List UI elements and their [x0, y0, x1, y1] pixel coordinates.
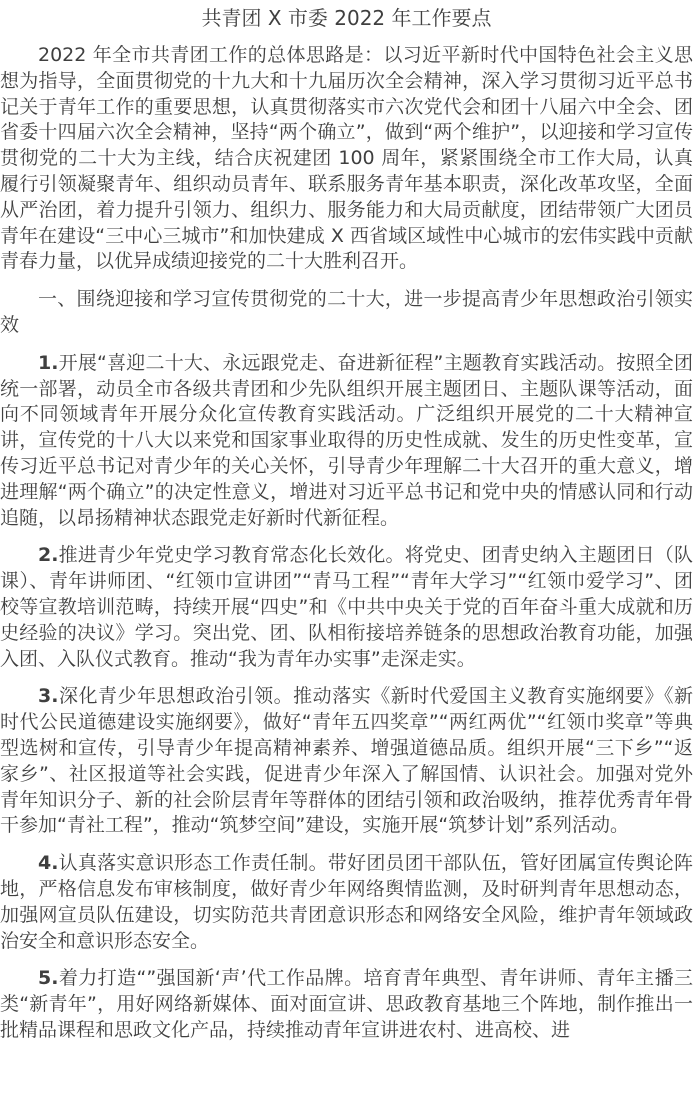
section-heading: 一、围绕迎接和学习宣传贯彻党的二十大，进一步提高青少年思想政治引领实效 [0, 287, 693, 339]
item-number: 4. [38, 852, 58, 874]
item-text: 开展“喜迎二十大、永远跟党走、奋进新征程”主题教育实践活动。按照全团统一部署，动… [0, 352, 693, 529]
item-number: 1. [38, 352, 58, 374]
item-number: 3. [38, 685, 58, 707]
work-item-3: 3.深化青少年思想政治引领。推动落实《新时代爱国主义教育实施纲要》《新时代公民道… [0, 684, 693, 839]
work-item-1: 1.开展“喜迎二十大、永远跟党走、奋进新征程”主题教育实践活动。按照全团统一部署… [0, 351, 693, 532]
item-text: 认真落实意识形态工作责任制。带好团员团干部队伍，管好团属宣传舆论阵地，严格信息发… [0, 852, 693, 951]
document-page: 共青团 X 市委 2022 年工作要点 2022 年全市共青团工作的总体思路是：… [0, 5, 693, 1044]
item-text: 深化青少年思想政治引领。推动落实《新时代爱国主义教育实施纲要》《新时代公民道德建… [0, 685, 693, 836]
item-text: 推进青少年党史学习教育常态化长效化。将党史、团青史纳入主题团日（队课）、青年讲师… [0, 544, 693, 669]
item-text: 着力打造“”强国新‘声’代工作品牌。培育青年典型、青年讲师、青年主播三类“新青年… [0, 967, 693, 1041]
intro-paragraph: 2022 年全市共青团工作的总体思路是：以习近平新时代中国特色社会主义思想为指导… [0, 43, 693, 275]
work-item-4: 4.认真落实意识形态工作责任制。带好团员团干部队伍，管好团属宣传舆论阵地，严格信… [0, 851, 693, 954]
work-item-2: 2.推进青少年党史学习教育常态化长效化。将党史、团青史纳入主题团日（队课）、青年… [0, 543, 693, 672]
item-number: 5. [38, 967, 58, 989]
work-item-5: 5.着力打造“”强国新‘声’代工作品牌。培育青年典型、青年讲师、青年主播三类“新… [0, 966, 693, 1043]
document-title: 共青团 X 市委 2022 年工作要点 [0, 5, 693, 31]
item-number: 2. [38, 544, 58, 566]
